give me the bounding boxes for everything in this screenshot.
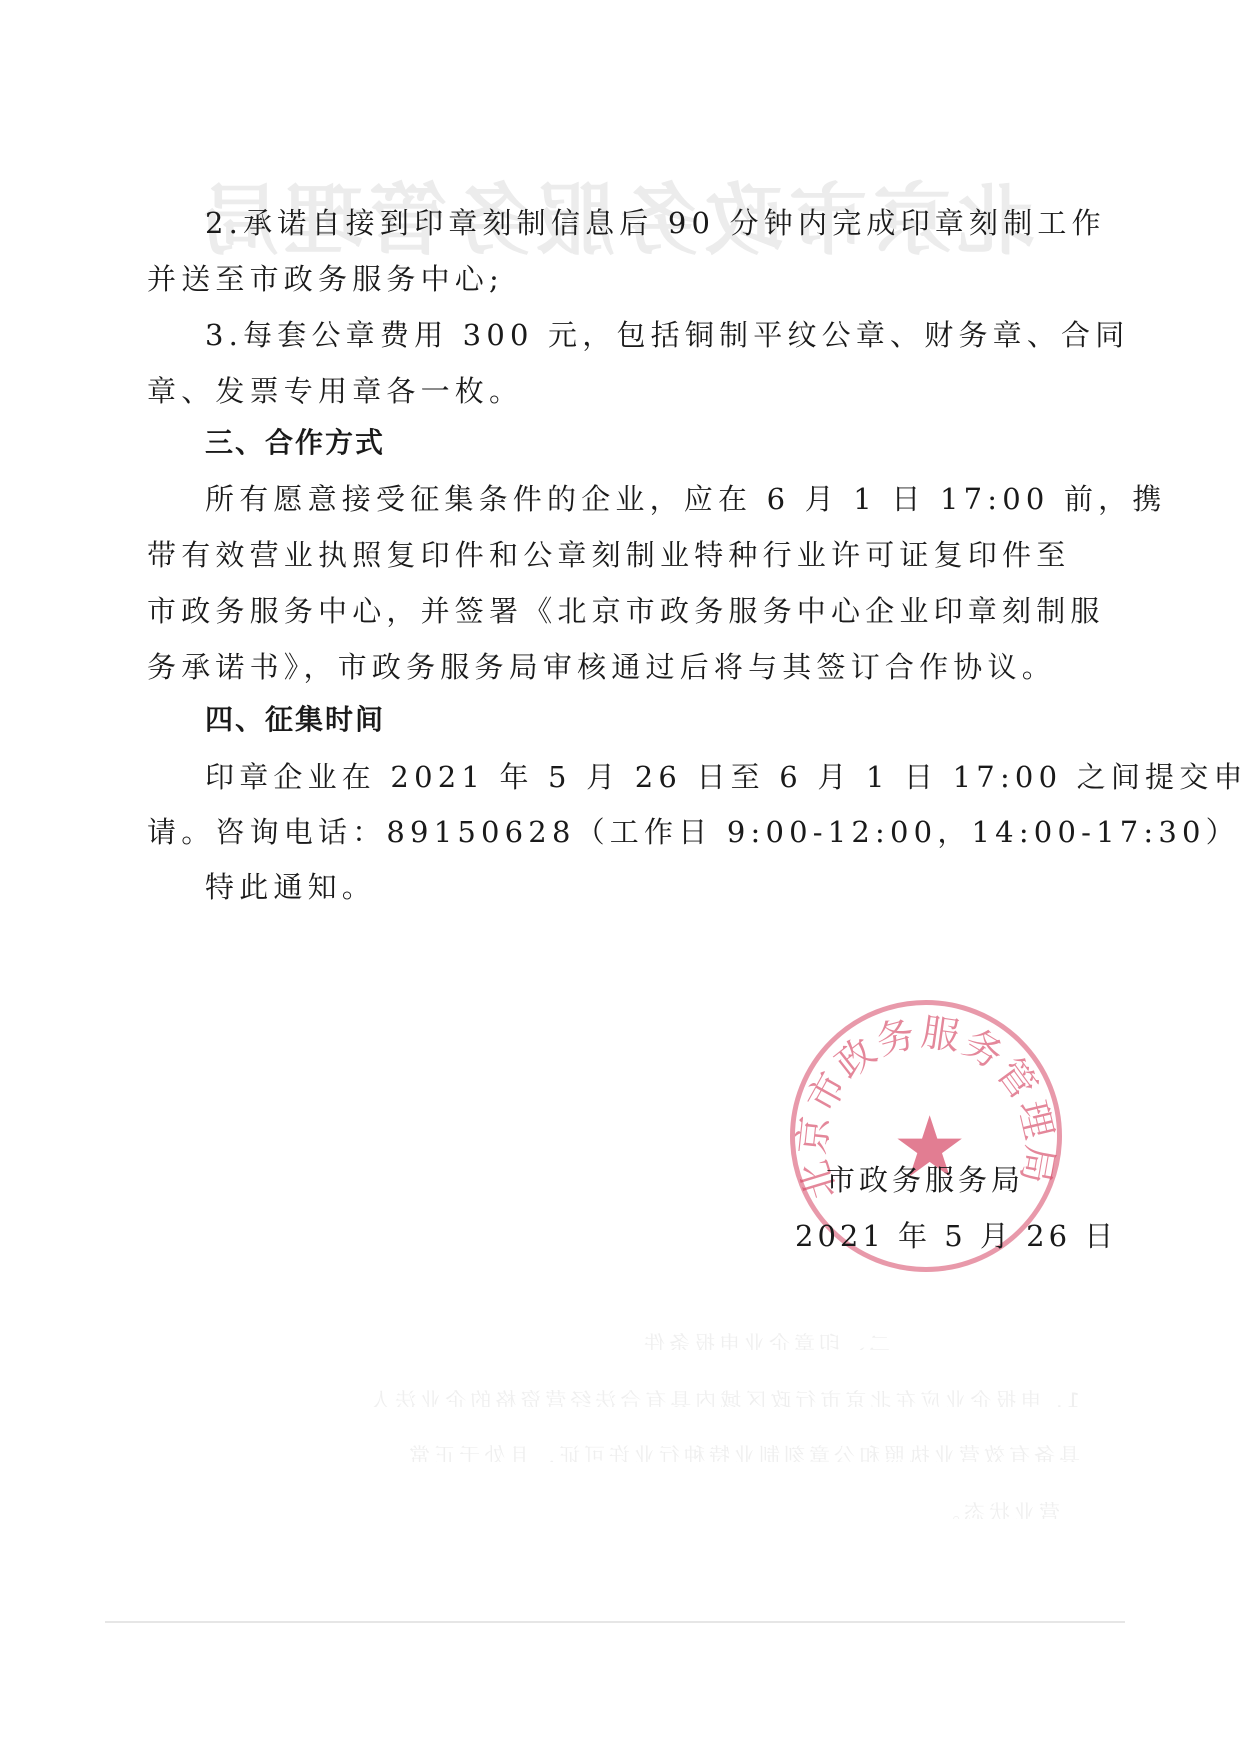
bleed-through-line: 1. 申报企业应在北京市行政区域内具有合法经营资格的企业法人 — [160, 1385, 1080, 1407]
body-line: 带有效营业执照复印件和公章刻制业特种行业许可证复印件至 — [147, 538, 1070, 572]
body-line: 市政务服务中心，并签署《北京市政务服务中心企业印章刻制服 — [147, 594, 1105, 628]
issuer-name: 市政务服务局 — [826, 1158, 1024, 1199]
body-line: 并送至市政务服务中心; — [147, 262, 504, 296]
body-line: 印章企业在 2021 年 5 月 26 日至 6 月 1 日 17:00 之间提… — [205, 760, 1240, 794]
section-heading: 三、合作方式 — [205, 426, 385, 460]
bleed-through-line: 二、印章企业申报条件 — [560, 1328, 890, 1350]
body-line: 3.每套公章费用 300 元，包括铜制平纹公章、财务章、合同 — [205, 318, 1129, 352]
section-heading: 四、征集时间 — [205, 703, 385, 737]
body-line: 2.承诺自接到印章刻制信息后 90 分钟内完成印章刻制工作 — [205, 206, 1106, 240]
bleed-through-line: 营业状态。 — [940, 1497, 1060, 1519]
body-line: 所有愿意接受征集条件的企业，应在 6 月 1 日 17:00 前，携 — [205, 482, 1167, 516]
body-line: 请。咨询电话：89150628（工作日 9:00-12:00，14:00-17:… — [147, 815, 1240, 849]
body-line: 章、发票专用章各一枚。 — [147, 374, 523, 408]
body-line: 务承诺书》，市政务服务局审核通过后将与其签订合作协议。 — [147, 650, 1056, 684]
issue-date: 2021 年 5 月 26 日 — [795, 1214, 1117, 1255]
document-page: 北京市政务服务管理局 二、印章企业申报条件 1. 申报企业应在北京市行政区域内具… — [0, 0, 1240, 1754]
bleed-through-line: 具备有效营业执照和公章刻制业特种行业许可证，且处于正常 — [160, 1440, 1080, 1462]
closing-text: 特此通知。 — [205, 870, 376, 904]
bottom-rule — [105, 1621, 1125, 1623]
